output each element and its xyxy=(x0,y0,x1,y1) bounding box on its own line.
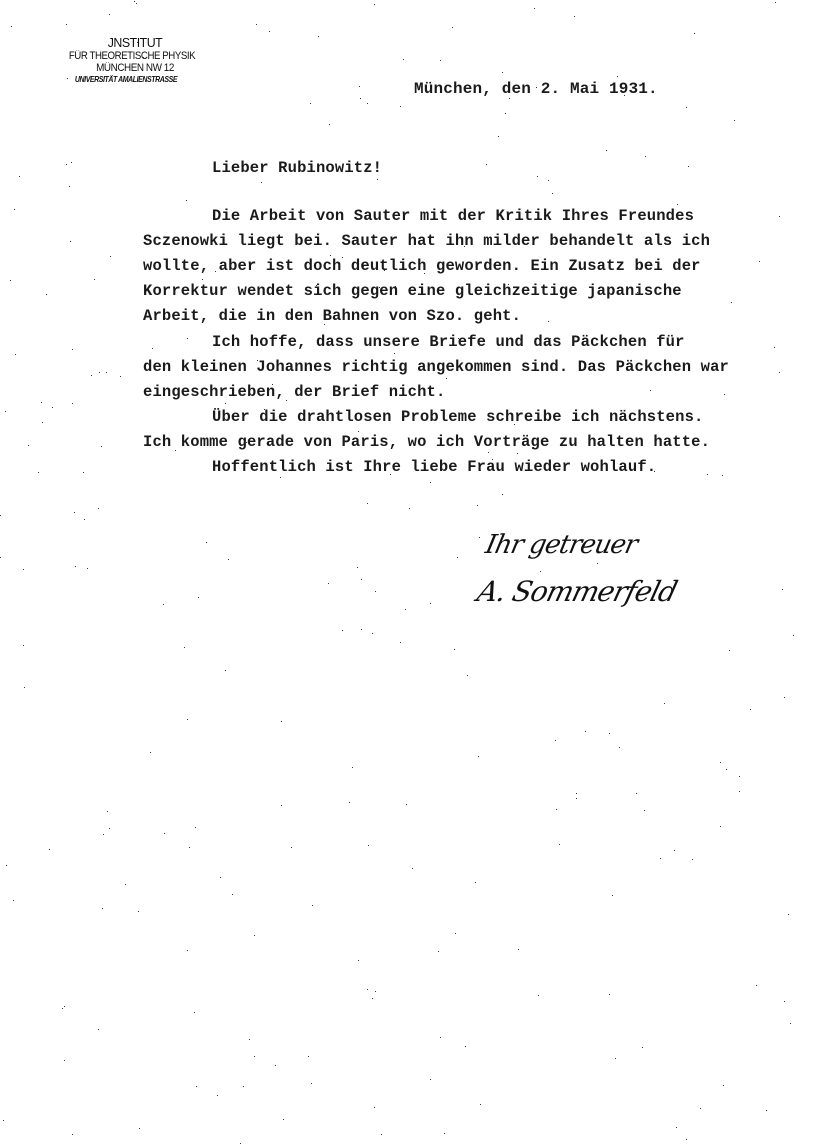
closing: Ihr getreuer xyxy=(483,530,640,560)
letter-page: JNSTITUT FÜR THEORETISCHE PHYSIK MÜNCHEN… xyxy=(0,0,816,1145)
body-line: wollte, aber ist doch deutlich geworden.… xyxy=(143,257,701,275)
body-line: Ich hoffe, dass unsere Briefe und das Pä… xyxy=(212,333,685,351)
institute-letterhead-stamp: JNSTITUT FÜR THEORETISCHE PHYSIK MÜNCHEN… xyxy=(40,36,230,85)
letterhead-line-4: UNIVERSITÄT AMALIENSTRASSE xyxy=(41,74,212,85)
body-line: den kleinen Johannes richtig angekommen … xyxy=(143,358,729,376)
body-line: Die Arbeit von Sauter mit der Kritik Ihr… xyxy=(212,207,694,225)
body-line: Korrektur wendet sich gegen eine gleichz… xyxy=(143,282,682,300)
letterhead-line-1: JNSTITUT xyxy=(45,36,226,50)
body-line: Über die drahtlosen Probleme schreibe ic… xyxy=(212,408,703,426)
body-line: Sczenowki liegt bei. Sauter hat ihn mild… xyxy=(143,232,710,250)
date-line: München, den 2. Mai 1931. xyxy=(414,80,658,98)
letterhead-line-3: MÜNCHEN NW 12 xyxy=(50,62,221,74)
body-line: Arbeit, die in den Bahnen von Szo. geht. xyxy=(143,307,521,325)
salutation: Lieber Rubinowitz! xyxy=(212,159,382,177)
body-line: Hoffentlich ist Ihre liebe Frau wieder w… xyxy=(212,458,656,476)
body-line: Ich komme gerade von Paris, wo ich Vortr… xyxy=(143,433,710,451)
signature: A. Sommerfeld xyxy=(474,575,680,608)
letterhead-line-2: FÜR THEORETISCHE PHYSIK xyxy=(46,50,218,62)
body-line: eingeschrieben, der Brief nicht. xyxy=(143,383,445,401)
